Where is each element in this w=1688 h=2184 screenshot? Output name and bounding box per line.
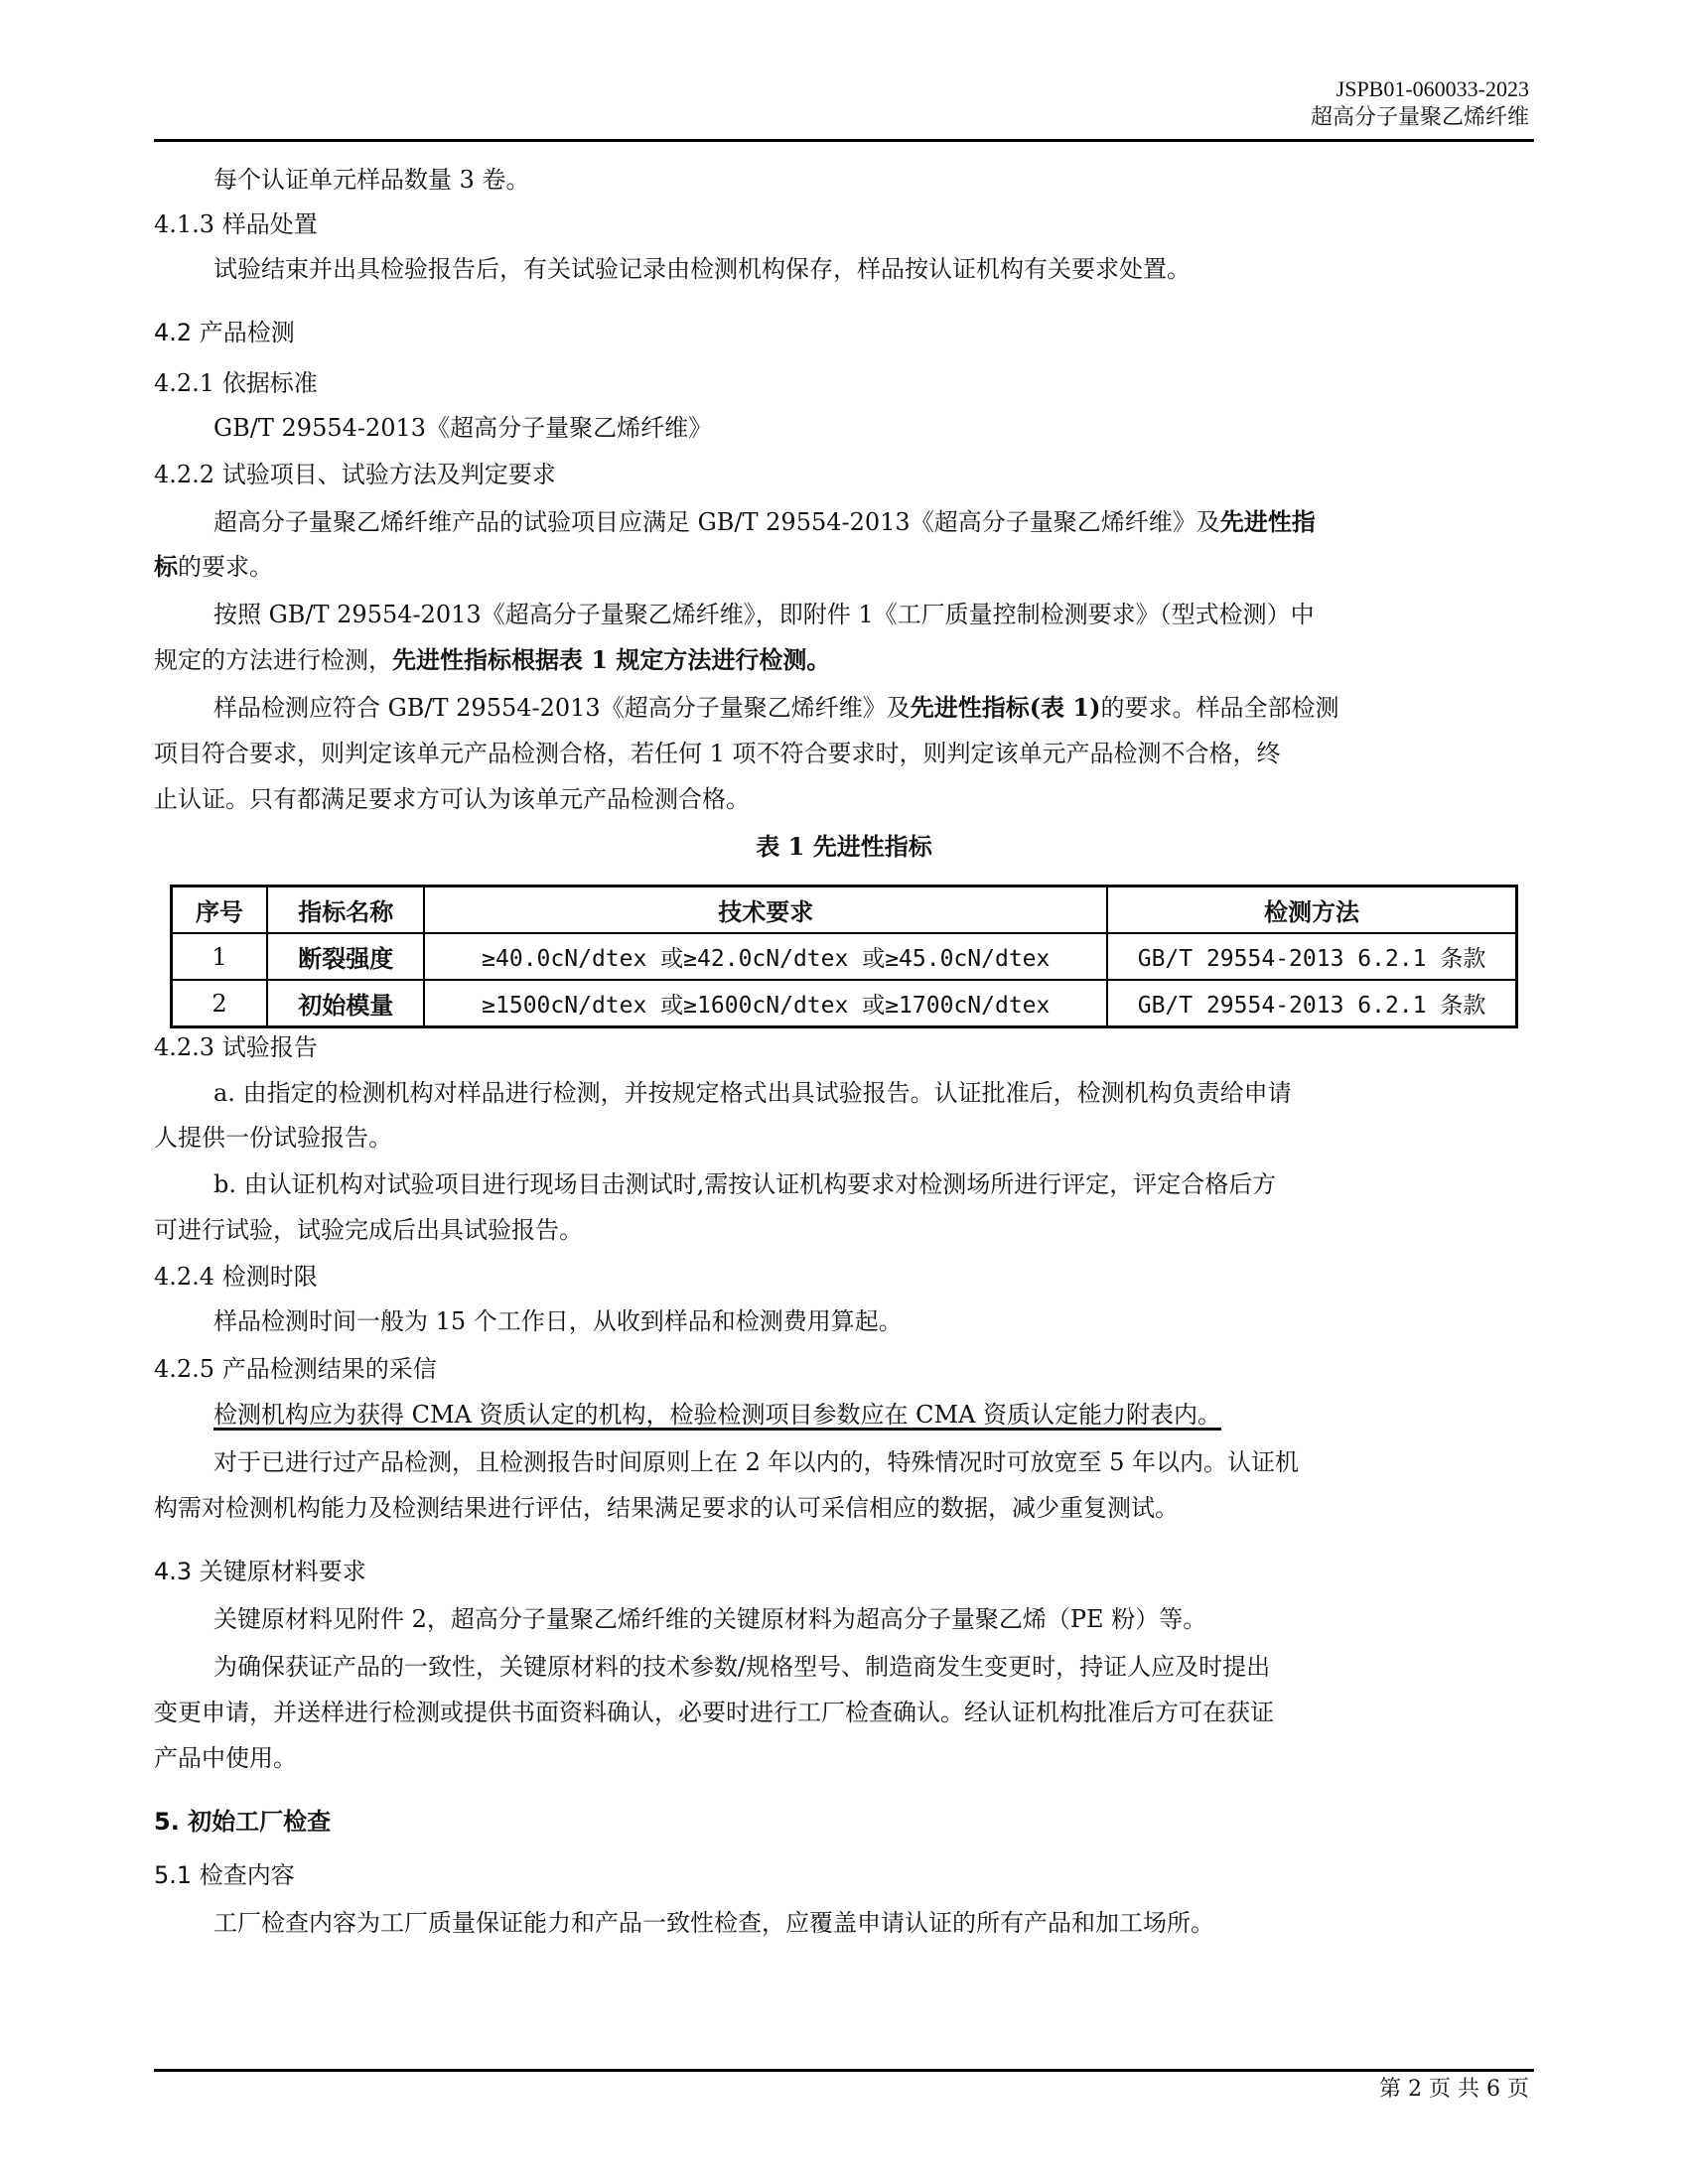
paragraph-sample-quantity: 每个认证单元样品数量 3 卷。 xyxy=(213,163,530,197)
cell-method: GB/T 29554-2013 6.2.1 条款 xyxy=(1107,933,1516,980)
heading-4-2-2: 4.2.2 试验项目、试验方法及判定要求 xyxy=(154,458,556,491)
paragraph-4-1-3: 试验结束并出具检验报告后，有关试验记录由检测机构保存，样品按认证机构有关要求处置… xyxy=(213,252,1191,286)
paragraph-4-2-2b-line2: 规定的方法进行检测，先进性指标根据表 1 规定方法进行检测。 xyxy=(154,643,830,677)
paragraph-4-3b-line3: 产品中使用。 xyxy=(154,1741,297,1775)
doc-title-header: 超高分子量聚乙烯纤维 xyxy=(1311,103,1529,131)
paragraph-4-2-4: 样品检测时间一般为 15 个工作日，从收到样品和检测费用算起。 xyxy=(213,1304,903,1338)
heading-4-1-3: 4.1.3 样品处置 xyxy=(154,207,318,241)
heading-4-3: 4.3 关键原材料要求 xyxy=(154,1555,366,1588)
heading-4-2-1: 4.2.1 依据标准 xyxy=(154,366,318,400)
paragraph-4-2-5-cma-underlined: 检测机构应为获得 CMA 资质认定的机构，检验检测项目参数应在 CMA 资质认定… xyxy=(213,1398,1221,1432)
column-header-index: 序号 xyxy=(172,887,268,934)
paragraph-4-2-2c-line1: 样品检测应符合 GB/T 29554-2013《超高分子量聚乙烯纤维》及先进性指… xyxy=(213,691,1338,725)
page-number: 第 2 页 共 6 页 xyxy=(1379,2075,1529,2105)
heading-4-2: 4.2 产品检测 xyxy=(154,316,295,349)
heading-4-2-4: 4.2.4 检测时限 xyxy=(154,1260,318,1294)
text: 规定的方法进行检测， xyxy=(154,646,392,674)
paragraph-4-2-2c-line2: 项目符合要求，则判定该单元产品检测合格，若任何 1 项不符合要求时，则判定该单元… xyxy=(154,737,1281,770)
paragraph-4-2-5b-line1: 对于已进行过产品检测，且检测报告时间原则上在 2 年以内的，特殊情况时可放宽至 … xyxy=(213,1445,1299,1479)
advanced-indicators-table: 序号 指标名称 技术要求 检测方法 1 断裂强度 ≥40.0cN/dtex 或≥… xyxy=(170,885,1518,1028)
cell-requirement: ≥40.0cN/dtex 或≥42.0cN/dtex 或≥45.0cN/dtex xyxy=(424,933,1107,980)
heading-5-1: 5.1 检查内容 xyxy=(154,1858,295,1892)
paragraph-4-3a: 关键原材料见附件 2，超高分子量聚乙烯纤维的关键原材料为超高分子量聚乙烯（PE … xyxy=(213,1602,1206,1636)
heading-4-2-3: 4.2.3 试验报告 xyxy=(154,1030,318,1064)
paragraph-4-2-2c-line3: 止认证。只有都满足要求方可认为该单元产品检测合格。 xyxy=(154,782,750,816)
paragraph-4-2-2a-line1: 超高分子量聚乙烯纤维产品的试验项目应满足 GB/T 29554-2013《超高分… xyxy=(213,505,1316,539)
table-caption: 表 1 先进性指标 xyxy=(154,830,1534,864)
text: 的要求。样品全部检测 xyxy=(1100,694,1338,722)
cell-indicator: 初始模量 xyxy=(267,980,424,1027)
bold-text: 标 xyxy=(154,552,178,581)
text: 超高分子量聚乙烯纤维产品的试验项目应满足 GB/T 29554-2013《超高分… xyxy=(213,508,1220,536)
paragraph-4-2-3b-line1: b. 由认证机构对试验项目进行现场目击测试时,需按认证机构要求对检测场所进行评定… xyxy=(213,1167,1276,1201)
paragraph-5-1: 工厂检查内容为工厂质量保证能力和产品一致性检查，应覆盖申请认证的所有产品和加工场… xyxy=(213,1906,1214,1940)
paragraph-4-3b-line1: 为确保获证产品的一致性，关键原材料的技术参数/规格型号、制造商发生变更时，持证人… xyxy=(213,1650,1270,1684)
bold-text: 先进性指 xyxy=(1220,507,1316,536)
cell-indicator: 断裂强度 xyxy=(267,933,424,980)
cell-method: GB/T 29554-2013 6.2.1 条款 xyxy=(1107,980,1516,1027)
heading-5: 5. 初始工厂检查 xyxy=(154,1805,331,1839)
table-row: 1 断裂强度 ≥40.0cN/dtex 或≥42.0cN/dtex 或≥45.0… xyxy=(172,933,1517,980)
column-header-method: 检测方法 xyxy=(1107,887,1516,934)
paragraph-4-2-5b-line2: 构需对检测机构能力及检测结果进行评估，结果满足要求的认可采信相应的数据，减少重复… xyxy=(154,1491,1179,1525)
bold-text: 先进性指标根据表 1 规定方法进行检测。 xyxy=(392,645,830,674)
paragraph-4-2-2b-line1: 按照 GB/T 29554-2013《超高分子量聚乙烯纤维》，即附件 1《工厂质… xyxy=(213,598,1315,631)
column-header-indicator: 指标名称 xyxy=(267,887,424,934)
text: 的要求。 xyxy=(178,553,273,581)
paragraph-4-2-1-standard: GB/T 29554-2013《超高分子量聚乙烯纤维》 xyxy=(213,411,712,445)
cell-requirement: ≥1500cN/dtex 或≥1600cN/dtex 或≥1700cN/dtex xyxy=(424,980,1107,1027)
heading-4-2-5: 4.2.5 产品检测结果的采信 xyxy=(154,1352,437,1386)
table-header-row: 序号 指标名称 技术要求 检测方法 xyxy=(172,887,1517,934)
cell-index: 1 xyxy=(172,933,268,980)
text: 样品检测应符合 GB/T 29554-2013《超高分子量聚乙烯纤维》及 xyxy=(213,694,911,722)
table-row: 2 初始模量 ≥1500cN/dtex 或≥1600cN/dtex 或≥1700… xyxy=(172,980,1517,1027)
doc-code: JSPB01-060033-2023 xyxy=(1336,75,1529,103)
bold-text: 先进性指标(表 1) xyxy=(911,693,1101,722)
footer-rule xyxy=(154,2069,1534,2072)
cell-index: 2 xyxy=(172,980,268,1027)
paragraph-4-3b-line2: 变更申请，并送样进行检测或提供书面资料确认，必要时进行工厂检查确认。经认证机构批… xyxy=(154,1696,1274,1729)
paragraph-4-2-3a-line1: a. 由指定的检测机构对样品进行检测，并按规定格式出具试验报告。认证批准后，检测… xyxy=(213,1076,1292,1110)
paragraph-4-2-3b-line2: 可进行试验，试验完成后出具试验报告。 xyxy=(154,1213,583,1247)
header-rule xyxy=(154,139,1534,142)
paragraph-4-2-2a-line2: 标的要求。 xyxy=(154,550,273,584)
paragraph-4-2-3a-line2: 人提供一份试验报告。 xyxy=(154,1121,392,1155)
column-header-requirement: 技术要求 xyxy=(424,887,1107,934)
